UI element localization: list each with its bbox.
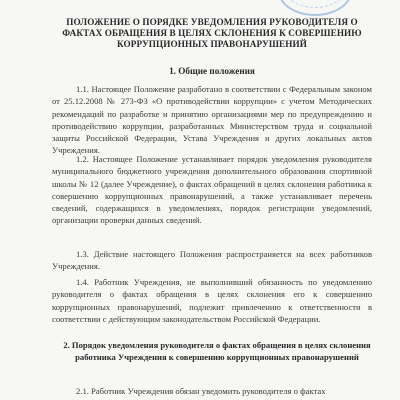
- paragraph-2-1: 2.1. Работник Учреждения обязан уведомит…: [52, 385, 372, 397]
- stamp-ring: [286, 0, 344, 8]
- paragraph-1-4: 1.4. Работник Учреждения, не выполнивший…: [52, 276, 372, 325]
- paragraph-1-1: 1.1. Настоящее Положение разработано в с…: [52, 83, 372, 157]
- section-1-heading: 1. Общие положения: [52, 66, 372, 76]
- official-stamp: [278, 0, 352, 16]
- document-title: ПОЛОЖЕНИЕ О ПОРЯДКЕ УВЕДОМЛЕНИЯ РУКОВОДИ…: [52, 17, 372, 50]
- section-2-heading: 2. Порядок уведомления руководителя о фа…: [62, 340, 372, 363]
- paragraph-1-3: 1.3. Действие настоящего Положения распр…: [52, 248, 372, 273]
- paragraph-1-2: 1.2. Настоящее Положение устанавливает п…: [52, 153, 372, 227]
